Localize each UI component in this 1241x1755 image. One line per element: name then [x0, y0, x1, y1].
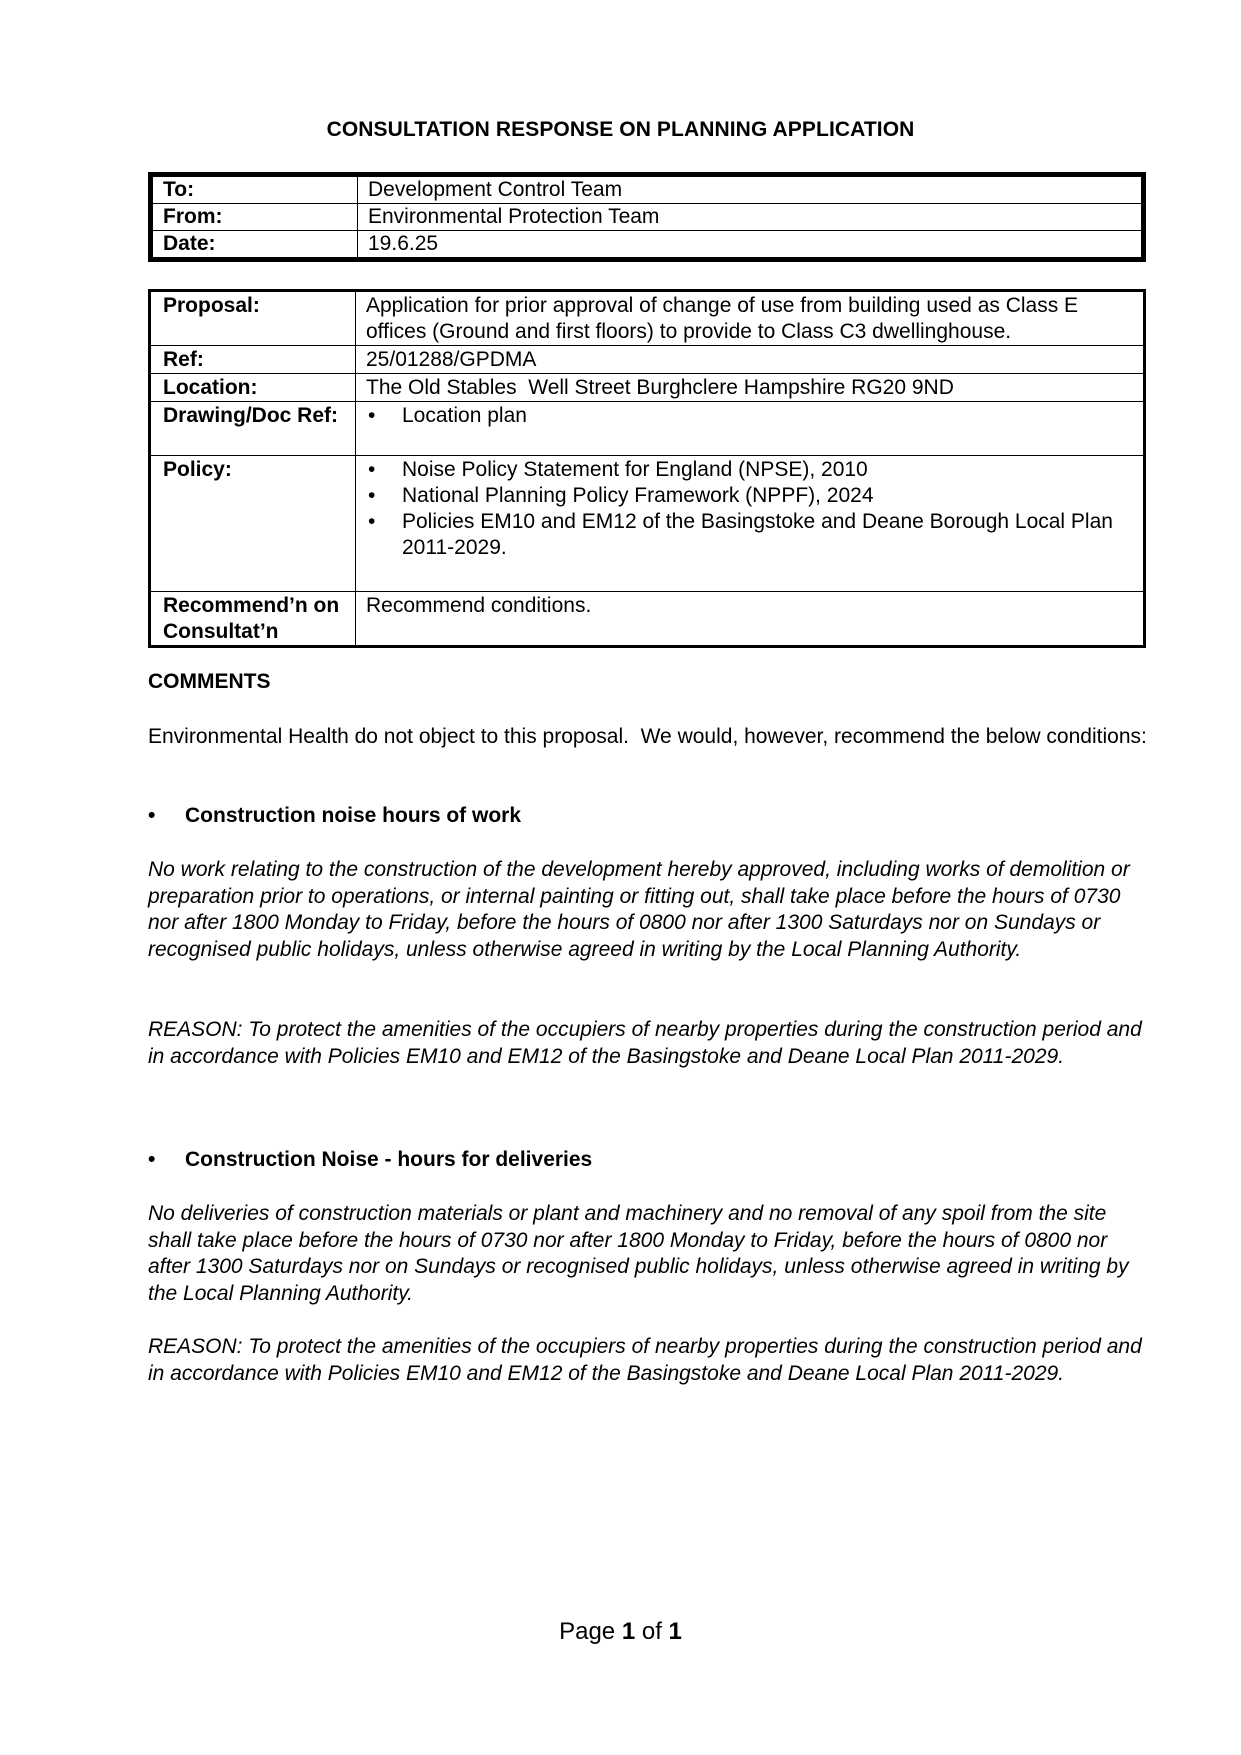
proposal-label: Proposal: [150, 291, 356, 346]
location-row: Location: The Old Stables Well Street Bu… [150, 374, 1145, 402]
condition-title-text: Construction noise hours of work [185, 804, 521, 827]
condition-text: No deliveries of construction materials … [148, 1201, 1148, 1307]
from-label: From: [151, 204, 358, 231]
bullet-icon: • [148, 1148, 185, 1172]
current-page: 1 [622, 1618, 635, 1645]
condition-text: No work relating to the construction of … [148, 857, 1148, 963]
policy-item: Noise Policy Statement for England (NPSE… [366, 457, 1143, 483]
recommendation-value: Recommend conditions. [356, 592, 1145, 647]
page-prefix: Page [559, 1618, 622, 1645]
to-label: To: [151, 175, 358, 204]
drawing-value: Location plan [356, 402, 1145, 456]
header-table: To: Development Control Team From: Envir… [148, 172, 1146, 262]
page-number: Page 1 of 1 [0, 1618, 1241, 1646]
condition-title-text: Construction Noise - hours for deliverie… [185, 1148, 592, 1171]
comments-heading: COMMENTS [148, 670, 271, 694]
policy-list: Noise Policy Statement for England (NPSE… [366, 457, 1143, 561]
page-of: of [635, 1618, 668, 1645]
to-value: Development Control Team [358, 175, 1144, 204]
comments-intro: Environmental Health do not object to th… [148, 724, 1148, 751]
document-title: CONSULTATION RESPONSE ON PLANNING APPLIC… [0, 118, 1241, 142]
date-value: 19.6.25 [358, 231, 1144, 260]
condition-reason: REASON: To protect the amenities of the … [148, 1334, 1148, 1387]
policy-value: Noise Policy Statement for England (NPSE… [356, 456, 1145, 592]
date-label: Date: [151, 231, 358, 260]
from-row: From: Environmental Protection Team [151, 204, 1144, 231]
policy-row: Policy: Noise Policy Statement for Engla… [150, 456, 1145, 592]
condition-reason: REASON: To protect the amenities of the … [148, 1017, 1148, 1070]
details-table: Proposal: Application for prior approval… [148, 289, 1146, 648]
proposal-row: Proposal: Application for prior approval… [150, 291, 1145, 346]
to-row: To: Development Control Team [151, 175, 1144, 204]
ref-value: 25/01288/GPDMA [356, 346, 1145, 374]
location-label: Location: [150, 374, 356, 402]
date-row: Date: 19.6.25 [151, 231, 1144, 260]
drawing-item: Location plan [366, 403, 1143, 429]
drawing-label: Drawing/Doc Ref: [150, 402, 356, 456]
ref-label: Ref: [150, 346, 356, 374]
policy-item: Policies EM10 and EM12 of the Basingstok… [366, 509, 1143, 561]
recommendation-row: Recommend’n on Consultat’n Recommend con… [150, 592, 1145, 647]
drawing-list: Location plan [366, 403, 1143, 429]
recommendation-label: Recommend’n on Consultat’n [150, 592, 356, 647]
ref-row: Ref: 25/01288/GPDMA [150, 346, 1145, 374]
condition-title: •Construction noise hours of work [148, 804, 521, 828]
policy-label: Policy: [150, 456, 356, 592]
from-value: Environmental Protection Team [358, 204, 1144, 231]
condition-title: •Construction Noise - hours for deliveri… [148, 1148, 592, 1172]
policy-item: National Planning Policy Framework (NPPF… [366, 483, 1143, 509]
location-value: The Old Stables Well Street Burghclere H… [356, 374, 1145, 402]
proposal-value: Application for prior approval of change… [356, 291, 1145, 346]
total-pages: 1 [669, 1618, 682, 1645]
drawing-row: Drawing/Doc Ref: Location plan [150, 402, 1145, 456]
bullet-icon: • [148, 804, 185, 828]
